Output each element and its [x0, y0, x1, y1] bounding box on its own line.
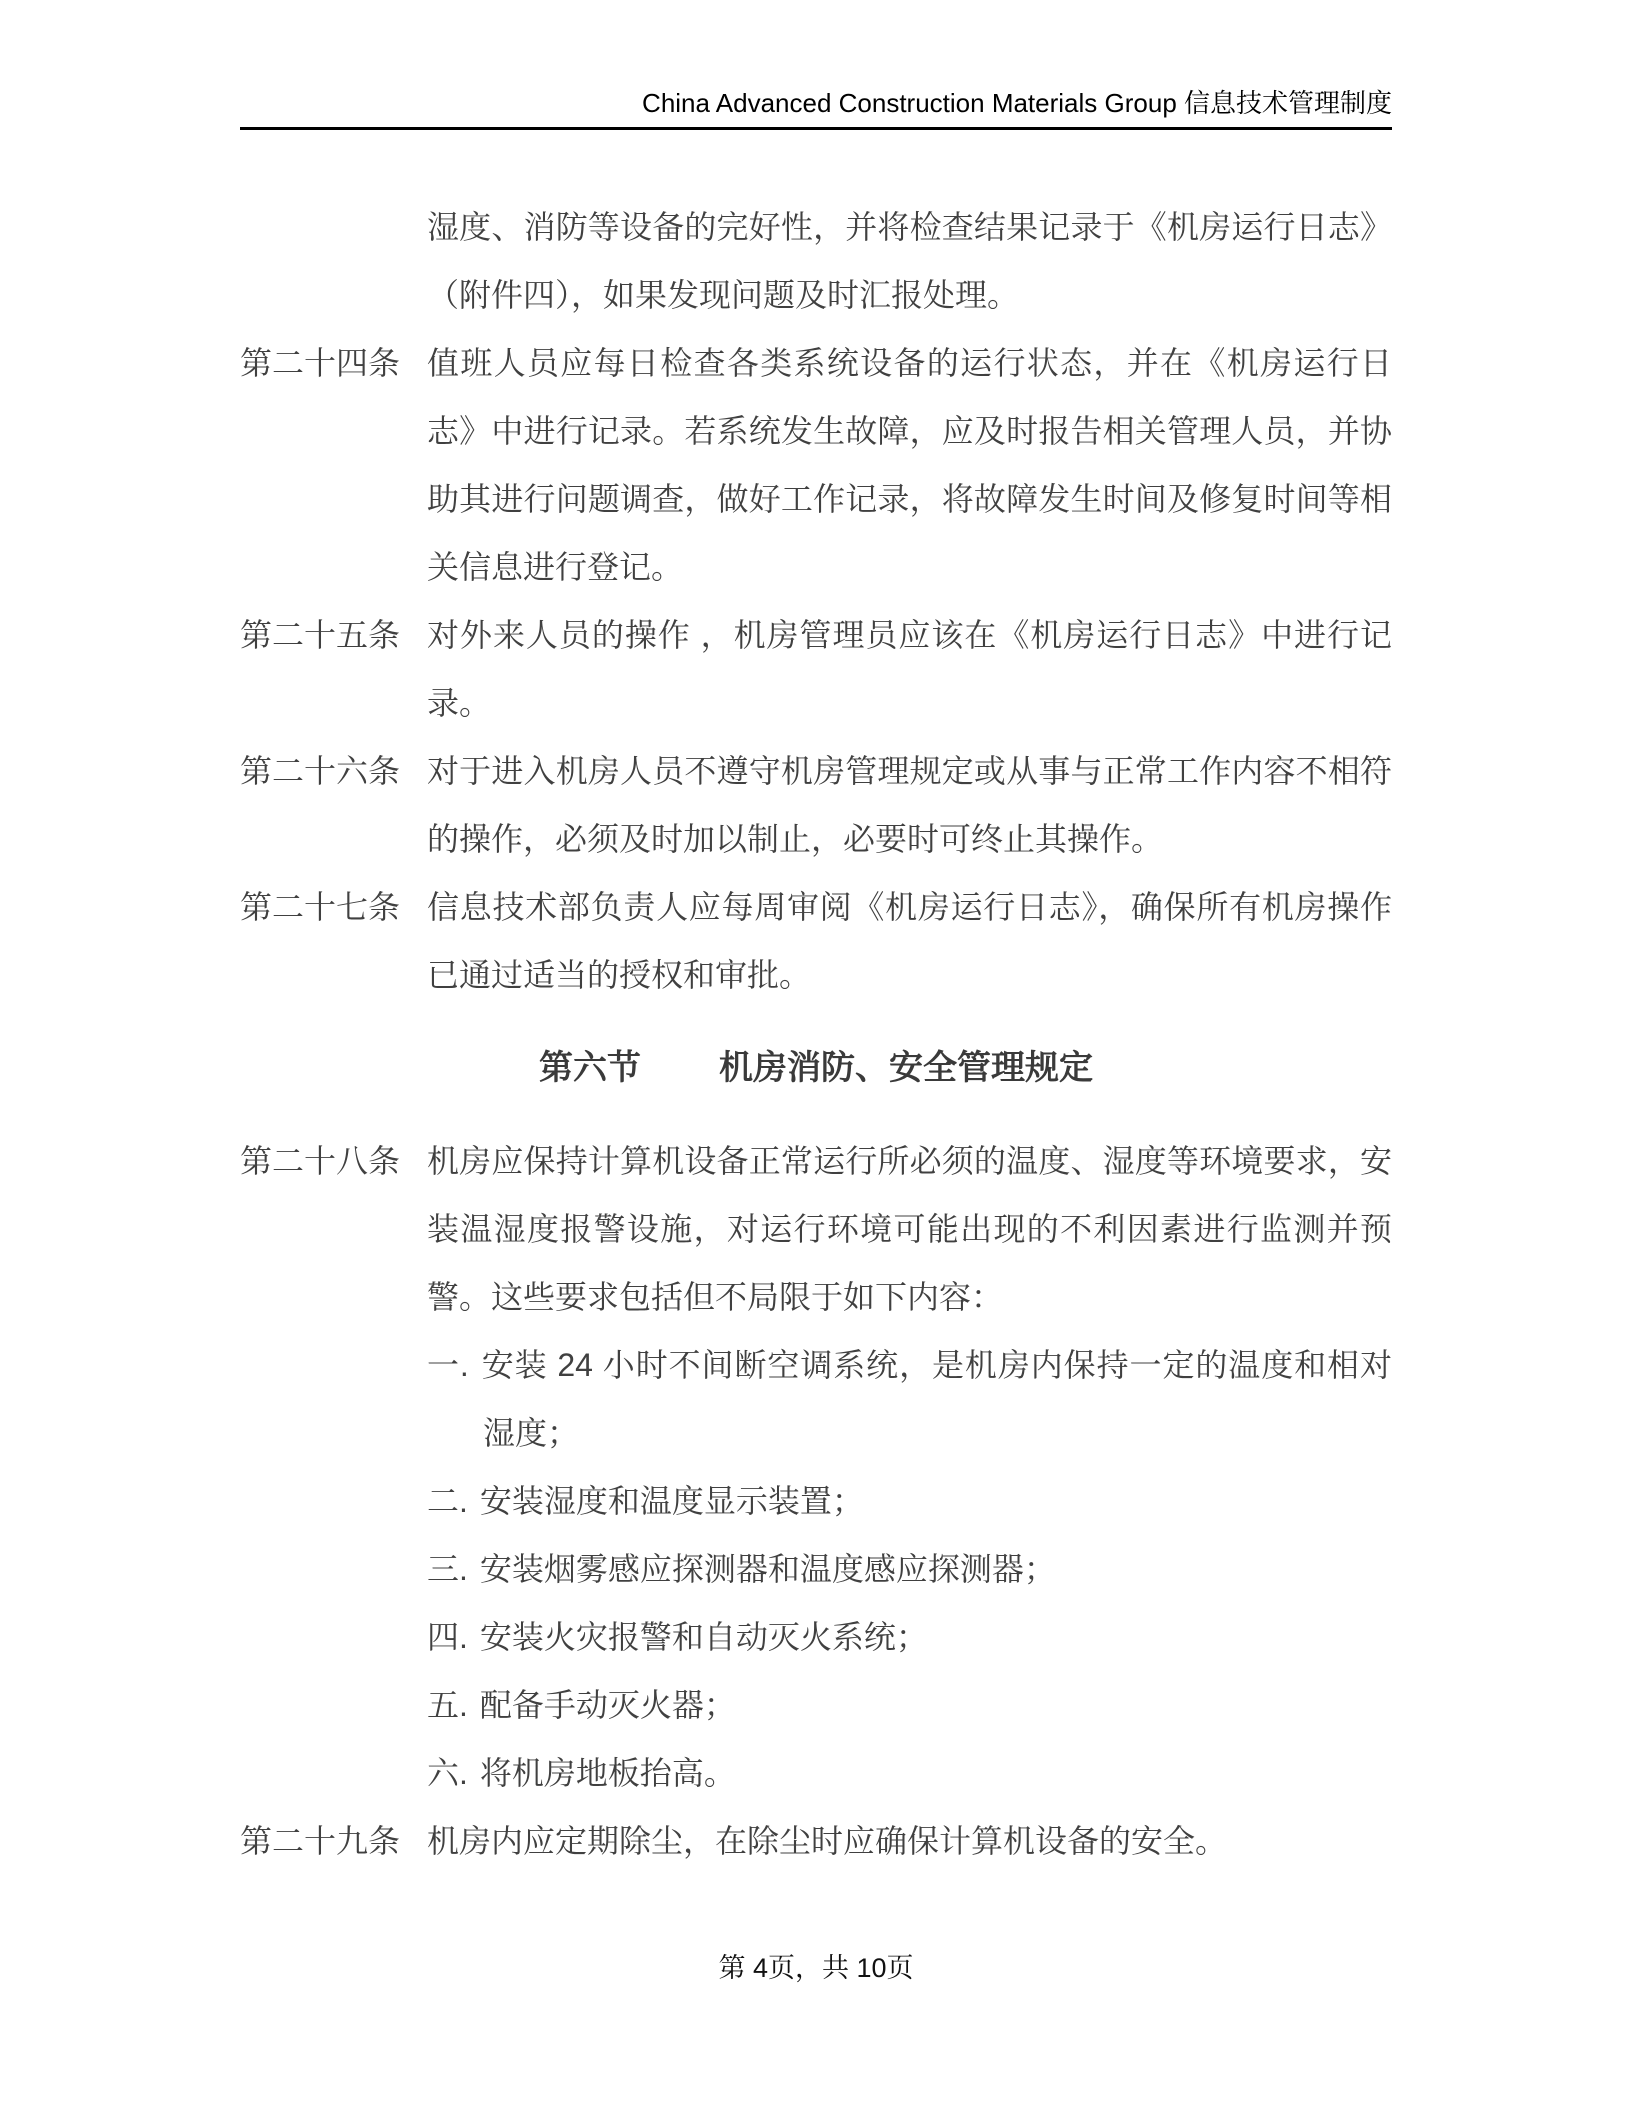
section-heading: 第六节机房消防、安全管理规定	[240, 1034, 1392, 1102]
article-24-number: 第二十四条	[240, 329, 427, 397]
list-item-4-marker: 四.	[427, 1619, 468, 1655]
article-28: 第二十八条 机房应保持计算机设备正常运行所必须的温度、湿度等环境要求，安装温湿度…	[240, 1127, 1392, 1331]
list-item-2-text: 安装湿度和温度显示装置；	[480, 1483, 864, 1519]
document-page: China Advanced Construction Materials Gr…	[0, 0, 1632, 2112]
requirement-list: 一.安装 24 小时不间断空调系统，是机房内保持一定的温度和相对湿度； 二.安装…	[427, 1331, 1392, 1807]
list-item-6: 六.将机房地板抬高。	[427, 1739, 1392, 1807]
list-item-2: 二.安装湿度和温度显示装置；	[427, 1467, 1392, 1535]
article-29-number: 第二十九条	[240, 1807, 427, 1875]
article-26: 第二十六条 对于进入机房人员不遵守机房管理规定或从事与正常工作内容不相符的操作，…	[240, 737, 1392, 873]
article-25: 第二十五条 对外来人员的操作 ，机房管理员应该在《机房运行日志》中进行记录。	[240, 601, 1392, 737]
list-item-4: 四.安装火灾报警和自动灭火系统；	[427, 1603, 1392, 1671]
section-heading-number: 第六节	[539, 1049, 641, 1087]
header-title: China Advanced Construction Materials Gr…	[642, 83, 1392, 120]
article-26-text: 对于进入机房人员不遵守机房管理规定或从事与正常工作内容不相符的操作，必须及时加以…	[427, 737, 1392, 873]
page-number: 第 4页，共 10页	[718, 1953, 913, 1983]
list-item-3: 三.安装烟雾感应探测器和温度感应探测器；	[427, 1535, 1392, 1603]
list-item-1-marker: 一.	[427, 1347, 469, 1383]
article-25-number: 第二十五条	[240, 601, 427, 669]
article-28-text: 机房应保持计算机设备正常运行所必须的温度、湿度等环境要求，安装温湿度报警设施，对…	[427, 1127, 1392, 1331]
list-item-5-marker: 五.	[427, 1687, 468, 1723]
page-footer: 第 4页，共 10页	[0, 1950, 1632, 1986]
list-item-3-text: 安装烟雾感应探测器和温度感应探测器；	[480, 1551, 1056, 1587]
document-body: 湿度、消防等设备的完好性，并将检查结果记录于《机房运行日志》（附件四），如果发现…	[240, 193, 1392, 1875]
list-item-6-text: 将机房地板抬高。	[480, 1755, 736, 1791]
list-item-4-text: 安装火灾报警和自动灭火系统；	[480, 1619, 928, 1655]
section-heading-title: 机房消防、安全管理规定	[719, 1049, 1093, 1087]
list-item-5: 五.配备手动灭火器；	[427, 1671, 1392, 1739]
article-24-text: 值班人员应每日检查各类系统设备的运行状态，并在《机房运行日志》中进行记录。若系统…	[427, 329, 1392, 601]
article-27-number: 第二十七条	[240, 873, 427, 941]
list-item-5-text: 配备手动灭火器；	[480, 1687, 736, 1723]
article-27-text: 信息技术部负责人应每周审阅《机房运行日志》，确保所有机房操作已通过适当的授权和审…	[427, 873, 1392, 1009]
article-25-text: 对外来人员的操作 ，机房管理员应该在《机房运行日志》中进行记录。	[427, 601, 1392, 737]
list-item-1: 一.安装 24 小时不间断空调系统，是机房内保持一定的温度和相对湿度；	[427, 1331, 1392, 1467]
list-item-6-marker: 六.	[427, 1755, 468, 1791]
article-27: 第二十七条 信息技术部负责人应每周审阅《机房运行日志》，确保所有机房操作已通过适…	[240, 873, 1392, 1009]
list-item-2-marker: 二.	[427, 1483, 468, 1519]
article-29: 第二十九条 机房内应定期除尘，在除尘时应确保计算机设备的安全。	[240, 1807, 1392, 1875]
article-24: 第二十四条 值班人员应每日检查各类系统设备的运行状态，并在《机房运行日志》中进行…	[240, 329, 1392, 601]
paragraph-continuation: 湿度、消防等设备的完好性，并将检查结果记录于《机房运行日志》（附件四），如果发现…	[427, 193, 1392, 329]
page-header: China Advanced Construction Materials Gr…	[240, 0, 1392, 130]
list-item-3-marker: 三.	[427, 1551, 468, 1587]
list-item-1-text: 安装 24 小时不间断空调系统，是机房内保持一定的温度和相对湿度；	[481, 1347, 1392, 1451]
article-28-number: 第二十八条	[240, 1127, 427, 1195]
article-26-number: 第二十六条	[240, 737, 427, 805]
article-29-text: 机房内应定期除尘，在除尘时应确保计算机设备的安全。	[427, 1807, 1392, 1875]
